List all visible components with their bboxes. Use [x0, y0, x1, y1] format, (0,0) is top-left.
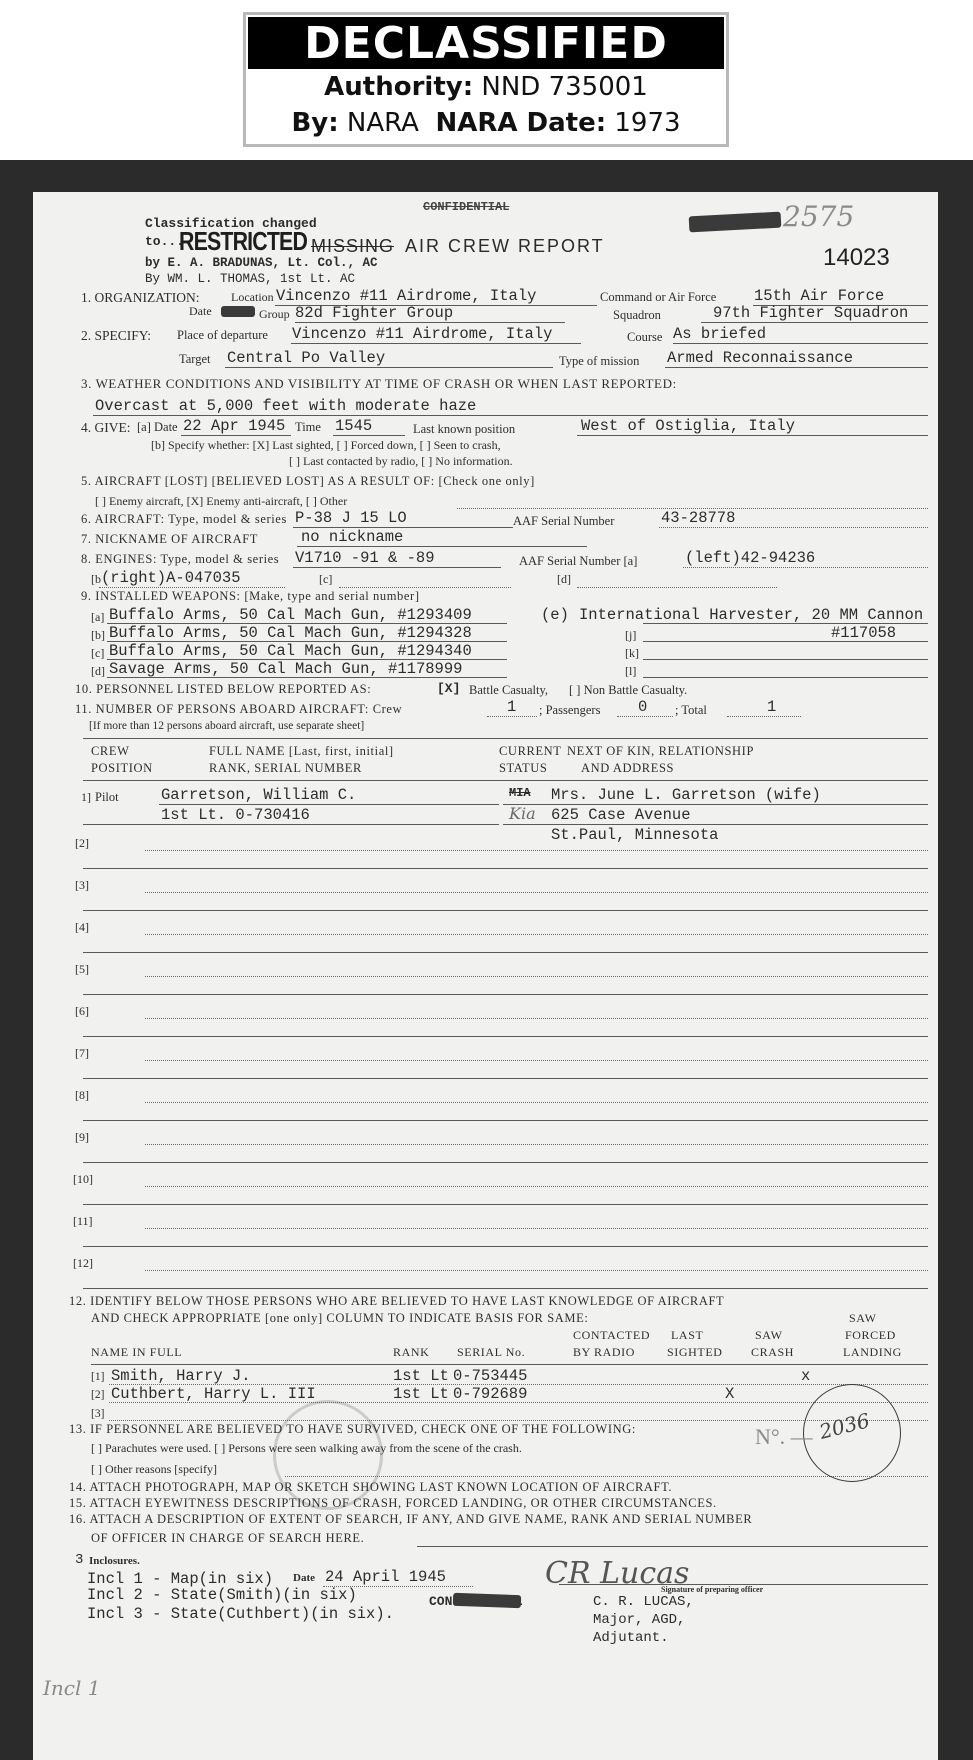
underline — [83, 952, 928, 953]
next-of-kin-name: Mrs. June L. Garretson (wife) — [551, 786, 821, 804]
underline — [145, 892, 928, 893]
status-header: STATUS — [499, 761, 547, 776]
underline — [643, 659, 928, 660]
last-position: West of Ostiglia, Italy — [581, 417, 795, 435]
nickname-label: 7. NICKNAME OF AIRCRAFT — [81, 532, 258, 547]
next-of-kin-city: St.Paul, Minnesota — [551, 826, 718, 844]
underline — [323, 1586, 473, 1587]
underline — [503, 824, 928, 825]
engine-serial-label: AAF Serial Number [a] — [519, 554, 637, 569]
course-value: As briefed — [673, 325, 766, 343]
engine-d-label: [d] — [557, 572, 571, 587]
survived-options: [ ] Parachutes were used. [ ] Persons we… — [91, 1441, 522, 1456]
give-label: 4. GIVE: — [81, 420, 131, 436]
underline — [643, 641, 928, 642]
stamp-title: DECLASSIFIED — [248, 17, 724, 69]
underline — [643, 623, 928, 624]
underline — [83, 1120, 928, 1121]
stamp-by: By: NARA NARA Date: 1973 — [246, 105, 726, 141]
non-battle-casualty: [ ] Non Battle Casualty. — [569, 683, 687, 698]
signature-date-label: Date — [293, 1572, 315, 1584]
saw-crash-check: x — [801, 1367, 810, 1385]
underline — [577, 435, 928, 436]
aircraft-type: P-38 J 15 LO — [295, 509, 407, 527]
squadron-value: 97th Fighter Squadron — [713, 304, 908, 322]
row-number: [10] — [73, 1172, 93, 1187]
underline — [107, 641, 507, 642]
row-number: [11] — [73, 1214, 93, 1229]
landing-header: LANDING — [843, 1345, 902, 1360]
loss-date: 22 Apr 1945 — [183, 417, 285, 435]
divider — [91, 1364, 928, 1365]
underline — [181, 435, 291, 436]
row-number: 1] — [81, 790, 91, 805]
crew-header: CREW — [91, 744, 130, 759]
row-number: [3] — [91, 1408, 104, 1420]
weapon-b: Buffalo Arms, 50 Cal Mach Gun, #1294328 — [109, 624, 472, 642]
underline — [295, 322, 565, 323]
changed-by-line-2: By WM. L. THOMAS, 1st Lt. AC — [145, 272, 355, 286]
squadron-label: Squadron — [613, 308, 661, 323]
weapon-a: Buffalo Arms, 50 Cal Mach Gun, #1293409 — [109, 606, 472, 624]
weapon-key: [k] — [625, 646, 639, 661]
by-radio-header: BY RADIO — [573, 1345, 635, 1360]
row-number: [3] — [75, 878, 89, 893]
engine-c-label: [c] — [319, 572, 332, 587]
org-label: 1. ORGANIZATION: — [81, 290, 200, 306]
next-of-kin-header: NEXT OF KIN, RELATIONSHIP — [567, 744, 754, 759]
underline — [83, 824, 499, 825]
engine-serial-b: (right)A-047035 — [101, 569, 241, 587]
authority-value: NND 735001 — [481, 72, 647, 102]
mission-label: Type of mission — [559, 354, 639, 369]
target-value: Central Po Valley — [227, 349, 385, 367]
officer-title: Adjutant. — [593, 1630, 669, 1646]
crash-header: CRASH — [751, 1345, 794, 1360]
inclosure-2: Incl 2 - State(Smith)(in six) — [87, 1586, 357, 1604]
underline — [83, 1204, 928, 1205]
witness-serial: 0-753445 — [453, 1367, 527, 1385]
officer-in-charge: OF OFFICER IN CHARGE OF SEARCH HERE. — [91, 1531, 364, 1546]
underline — [145, 1228, 928, 1229]
signature-date: 24 April 1945 — [325, 1568, 446, 1586]
last-knowledge-label: 12. IDENTIFY BELOW THOSE PERSONS WHO ARE… — [69, 1294, 724, 1309]
full-name-header: FULL NAME [Last, first, initial] — [209, 744, 394, 759]
address-header: AND ADDRESS — [581, 761, 674, 776]
underline — [83, 910, 928, 911]
loss-cause-label: 5. AIRCRAFT [LOST] [BELIEVED LOST] AS A … — [81, 474, 535, 489]
current-header: CURRENT — [499, 744, 562, 759]
weapon-key: [a] — [91, 610, 104, 625]
underline — [145, 850, 928, 851]
report-title: AIR CREW REPORT — [405, 236, 605, 257]
engines-label: 8. ENGINES: Type, model & series — [81, 552, 279, 567]
time-label: Time — [295, 420, 321, 435]
handwritten-incl-note: Incl 1 — [43, 1676, 100, 1700]
underline — [109, 1402, 928, 1403]
divider — [83, 738, 928, 739]
rank-header: RANK — [393, 1345, 429, 1360]
underline — [145, 934, 928, 935]
officer-name: C. R. LUCAS, — [593, 1594, 694, 1610]
row-number: [1] — [91, 1371, 104, 1383]
underline — [297, 546, 587, 547]
underline — [145, 1270, 928, 1271]
crew-rank-serial: 1st Lt. 0-730416 — [161, 806, 310, 824]
authority-label: Authority: — [324, 72, 473, 102]
specify-whether-2: [ ] Last contacted by radio, [ ] No info… — [289, 454, 513, 469]
saw-header: SAW — [755, 1328, 783, 1343]
weapon-key: [b] — [91, 628, 105, 643]
passengers-label: ; Passengers — [539, 703, 600, 718]
engine-serial-a: (left)42-94236 — [685, 549, 815, 567]
separate-sheet-note: [If more than 12 persons aboard aircraft… — [89, 720, 364, 732]
rank-serial-header: RANK, SERIAL NUMBER — [209, 761, 362, 776]
row-number: [2] — [75, 836, 89, 851]
underline — [333, 435, 405, 436]
weapon-j: #117058 — [831, 624, 896, 642]
underline — [683, 567, 928, 568]
underline — [99, 587, 285, 588]
row-number: [6] — [75, 1004, 89, 1019]
saw-forced-header-0: SAW — [849, 1311, 877, 1326]
underline — [145, 1060, 928, 1061]
serial-header: SERIAL No. — [457, 1345, 525, 1360]
aircraft-serial-label: AAF Serial Number — [513, 514, 614, 529]
divider — [83, 780, 928, 781]
group-label: Group — [259, 307, 290, 322]
underline — [673, 343, 928, 344]
inclosures-label: Inclosures. — [89, 1555, 140, 1567]
officer-rank: Major, AGD, — [593, 1612, 685, 1628]
struck-classification: CONFIDENTIAL — [423, 200, 509, 214]
underline — [83, 1036, 928, 1037]
redaction-mark — [221, 306, 255, 317]
other-reasons: [ ] Other reasons [specify] — [91, 1462, 217, 1477]
row-number: [12] — [73, 1256, 93, 1271]
position-header: POSITION — [91, 761, 153, 776]
redaction-mark — [689, 212, 782, 233]
underline — [83, 1162, 928, 1163]
nara-date-label: NARA Date: — [435, 108, 606, 138]
mission-value: Armed Reconnaissance — [667, 349, 853, 367]
underline — [93, 415, 928, 416]
personnel-status-mark: [X] — [437, 681, 460, 696]
underline — [727, 716, 801, 717]
passenger-count: 0 — [638, 698, 647, 716]
underline — [225, 367, 553, 368]
witness-rank: 1st Lt — [393, 1367, 449, 1385]
underline — [83, 994, 928, 995]
declassified-stamp: DECLASSIFIED Authority: NND 735001 By: N… — [243, 12, 729, 147]
engine-b-label: [b — [91, 572, 101, 587]
aircraft-serial: 43-28778 — [661, 509, 735, 527]
underline — [617, 716, 673, 717]
underline — [145, 1102, 928, 1103]
crew-count: 1 — [507, 698, 516, 716]
crew-position: Pilot — [95, 790, 119, 805]
underline — [107, 623, 507, 624]
row-number: [5] — [75, 962, 89, 977]
attach-eyewitness: 15. ATTACH EYEWITNESS DESCRIPTIONS OF CR… — [69, 1496, 717, 1511]
weapon-c: Buffalo Arms, 50 Cal Mach Gun, #1294340 — [109, 642, 472, 660]
row-number: [9] — [75, 1130, 89, 1145]
group-value: 82d Fighter Group — [295, 304, 453, 322]
total-count: 1 — [767, 698, 776, 716]
command-value: 15th Air Force — [754, 287, 884, 305]
handwritten-number: 2575 — [783, 200, 854, 233]
witness-name: Cuthbert, Harry L. III — [111, 1385, 316, 1403]
contacted-header: CONTACTED — [573, 1328, 650, 1343]
underline — [145, 1018, 928, 1019]
sighted-header: SIGHTED — [667, 1345, 723, 1360]
underline — [145, 1144, 928, 1145]
underline — [83, 1288, 928, 1289]
row-number: [7] — [75, 1046, 89, 1061]
row-number: [4] — [75, 920, 89, 935]
redaction-mark — [453, 1593, 521, 1608]
attach-search: 16. ATTACH A DESCRIPTION OF EXTENT OF SE… — [69, 1512, 752, 1527]
underline — [417, 1546, 928, 1547]
weapon-e: International Harvester, 20 MM Cannon — [579, 606, 923, 624]
attach-photo: 14. ATTACH PHOTOGRAPH, MAP OR SKETCH SHO… — [69, 1480, 672, 1495]
by-label: By: — [291, 108, 338, 138]
crew-name: Garretson, William C. — [161, 786, 356, 804]
underline — [83, 1078, 928, 1079]
persons-aboard-label: 11. NUMBER OF PERSONS ABOARD AIRCRAFT: C… — [75, 702, 402, 717]
date-label: Date — [189, 304, 212, 319]
underline — [107, 677, 507, 678]
weapon-key: [l] — [625, 664, 636, 679]
underline — [83, 1246, 928, 1247]
row-number: [2] — [91, 1389, 104, 1401]
signature-caption: Signature of preparing officer — [661, 1585, 763, 1594]
underline — [291, 343, 581, 344]
personnel-status-label: 10. PERSONNEL LISTED BELOW REPORTED AS: — [75, 682, 371, 697]
last-header: LAST — [671, 1328, 703, 1343]
restricted-stamp: RESTRICTED — [179, 226, 307, 257]
date-a-label: [a] Date — [137, 420, 178, 435]
weapon-key: (e) — [541, 606, 569, 624]
underline — [293, 567, 501, 568]
title-missing: MISSING — [311, 236, 394, 257]
crew-status-kia: Kia — [509, 804, 536, 823]
aircraft-label: 6. AIRCRAFT: Type, model & series — [81, 512, 287, 527]
underline — [339, 587, 511, 588]
departure-label: Place of departure — [177, 328, 268, 343]
departure-value: Vincenzo #11 Airdrome, Italy — [292, 325, 552, 343]
underline — [659, 527, 928, 528]
stamp-authority: Authority: NND 735001 — [246, 69, 726, 105]
weapon-d: Savage Arms, 50 Cal Mach Gun, #1178999 — [109, 660, 462, 678]
forced-header: FORCED — [845, 1328, 896, 1343]
survived-label: 13. IF PERSONNEL ARE BELIEVED TO HAVE SU… — [69, 1422, 636, 1437]
next-of-kin-street: 625 Case Avenue — [551, 806, 691, 824]
target-label: Target — [179, 352, 211, 367]
underline — [145, 976, 928, 977]
loss-cause-options: [ ] Enemy aircraft, [X] Enemy anti-aircr… — [95, 494, 347, 509]
witness-serial: 0-792689 — [453, 1385, 527, 1403]
crew-status-struck: MIA — [509, 786, 531, 800]
engine-type: V1710 -91 & -89 — [295, 549, 435, 567]
changed-by-line: by E. A. BRADUNAS, Lt. Col., AC — [145, 256, 378, 270]
underline — [701, 322, 928, 323]
underline — [665, 367, 928, 368]
weather-value: Overcast at 5,000 feet with moderate haz… — [95, 397, 476, 415]
last-sighted-check: X — [725, 1385, 734, 1403]
inclosure-count: 3 — [75, 1552, 83, 1568]
underline — [145, 1186, 928, 1187]
weapon-key: [j] — [625, 628, 636, 643]
nara-date-value: 1973 — [614, 108, 680, 138]
battle-casualty: Battle Casualty, — [469, 683, 548, 698]
underline — [107, 659, 507, 660]
number-prefix: N°. — — [755, 1424, 813, 1450]
position-label: Last known position — [413, 422, 515, 437]
name-in-full-header: NAME IN FULL — [91, 1345, 182, 1360]
underline — [83, 868, 928, 869]
location-value: Vincenzo #11 Airdrome, Italy — [276, 287, 536, 305]
underline — [159, 804, 499, 805]
underline — [577, 587, 777, 588]
underline — [643, 677, 928, 678]
nickname-value: no nickname — [301, 528, 403, 546]
report-page: CONFIDENTIAL Classification changed to..… — [33, 192, 938, 1760]
weapon-key: [c] — [91, 646, 104, 661]
last-knowledge-label-2: AND CHECK APPROPRIATE [one only] COLUMN … — [91, 1311, 588, 1326]
witness-name: Smith, Harry J. — [111, 1367, 251, 1385]
specify-label: 2. SPECIFY: — [81, 328, 151, 344]
underline — [503, 804, 928, 805]
row-number: [8] — [75, 1088, 89, 1103]
weapon-key: [d] — [91, 664, 105, 679]
by-value: NARA — [347, 108, 419, 138]
course-label: Course — [627, 330, 662, 345]
loss-time: 1545 — [335, 417, 372, 435]
inclosure-3: Incl 3 - State(Cuthbert)(in six). — [87, 1605, 394, 1623]
report-number: 14023 — [823, 244, 890, 272]
location-label: Location — [231, 290, 274, 305]
total-label: ; Total — [675, 703, 707, 718]
weapons-label: 9. INSTALLED WEAPONS: [Make, type and se… — [81, 589, 420, 604]
weather-label: 3. WEATHER CONDITIONS AND VISIBILITY AT … — [81, 376, 677, 392]
underline — [487, 716, 537, 717]
witness-rank: 1st Lt — [393, 1385, 449, 1403]
specify-whether: [b] Specify whether: [X] Last sighted, [… — [151, 438, 501, 453]
command-label: Command or Air Force — [600, 290, 716, 305]
